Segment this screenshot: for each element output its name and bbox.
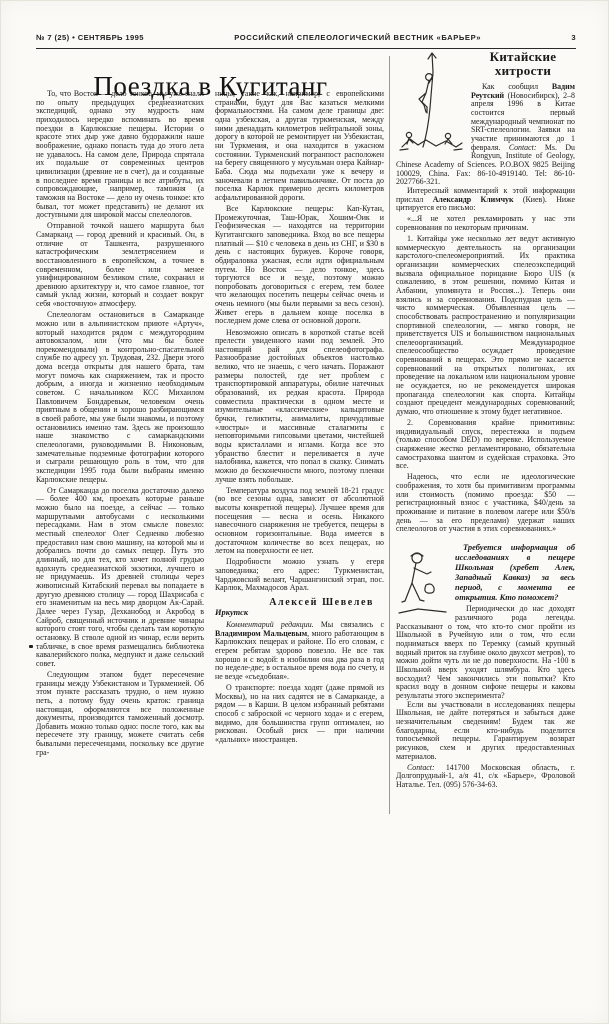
column-divider — [389, 56, 390, 814]
paragraph: Спелеологам остановиться в Самарканде мо… — [36, 311, 204, 484]
text-segment: Владимиром Мальцевым — [215, 629, 307, 638]
paragraph: То, что Восток — дело тонкое, мы уже зна… — [36, 90, 204, 220]
text-segment: Contact: — [509, 143, 537, 152]
paragraph: «...Я не хотел рекламировать у нас эти с… — [396, 215, 575, 232]
paragraph: 1. Китайцы уже несколько лет ведут актив… — [396, 235, 575, 417]
article2-section: Китайские хитрости Как сообщил Вадим Реу… — [396, 50, 575, 534]
text-segment: Как сообщил — [482, 82, 552, 91]
paragraph: Отправной точкой нашего маршрута был Сам… — [36, 222, 204, 309]
text-segment: , много работающим в Карлюкских пещерах … — [215, 629, 384, 681]
paragraph: ницы, такие как, например, с европейским… — [215, 90, 384, 203]
text-segment: Комментарий редакции. — [226, 620, 314, 629]
paragraph: Все Карлюкские пещеры: Кап-Кутан, Промеж… — [215, 205, 384, 326]
editorial-paragraph: О транспорте: поезда ходят (даже прямой … — [215, 684, 384, 745]
issue-label: № 7 (25) • СЕНТЯБРЬ 1995 — [36, 33, 144, 42]
article3-section: Требуется информация об исследованиях в … — [396, 543, 575, 790]
newspaper-page: № 7 (25) • СЕНТЯБРЬ 1995 РОССИЙСКИЙ СПЕЛ… — [0, 0, 609, 1024]
paragraph: Следующим этапом будет пересечение грани… — [36, 671, 204, 758]
page-header: № 7 (25) • СЕНТЯБРЬ 1995 РОССИЙСКИЙ СПЕЛ… — [36, 33, 576, 42]
signature-city: Иркутск — [215, 608, 384, 618]
signature-block: Алексей Шевелев Иркутск — [215, 597, 384, 618]
column-3: Китайские хитрости Как сообщил Вадим Реу… — [396, 50, 575, 790]
contact-paragraph: Contact: 141700 Московская область, г. Д… — [396, 764, 575, 790]
paragraph: От Самарканда до поселка достаточно дале… — [36, 487, 204, 669]
paragraph: 2. Соревнования крайне примитивны: индив… — [396, 419, 575, 471]
paragraph: Подробности можно узнать у егеря заповед… — [215, 558, 384, 593]
column-1: То, что Восток — дело тонкое, мы уже зна… — [36, 90, 204, 757]
paragraph: Интересный комментарий к этой информации… — [396, 187, 575, 213]
editorial-paragraph: Комментарий редакции. Мы связались с Вла… — [215, 621, 384, 682]
srt-rope-climber-illustration — [396, 50, 466, 156]
text-segment: Мы связались с — [314, 620, 384, 629]
column-2: ницы, такие как, например, с европейским… — [215, 90, 384, 745]
paragraph: Если вы участвовали в исследованиях пеще… — [396, 701, 575, 762]
paragraph: Надеюсь, что если не идеологические сооб… — [396, 473, 575, 534]
page-number: 3 — [571, 33, 576, 42]
masthead: РОССИЙСКИЙ СПЕЛЕОЛОГИЧЕСКИЙ ВЕСТНИК «БАР… — [144, 33, 571, 42]
paragraph: Невозможно описать в короткой статье все… — [215, 329, 384, 485]
text-segment: Contact: — [407, 763, 435, 772]
text-segment: Александр Климчук — [433, 195, 514, 204]
signature-name: Алексей Шевелев — [215, 597, 384, 608]
paragraph: Температура воздуха под землей 18-21 гра… — [215, 487, 384, 556]
caver-figure-illustration — [396, 545, 450, 621]
scan-artifact-speck — [29, 645, 33, 648]
